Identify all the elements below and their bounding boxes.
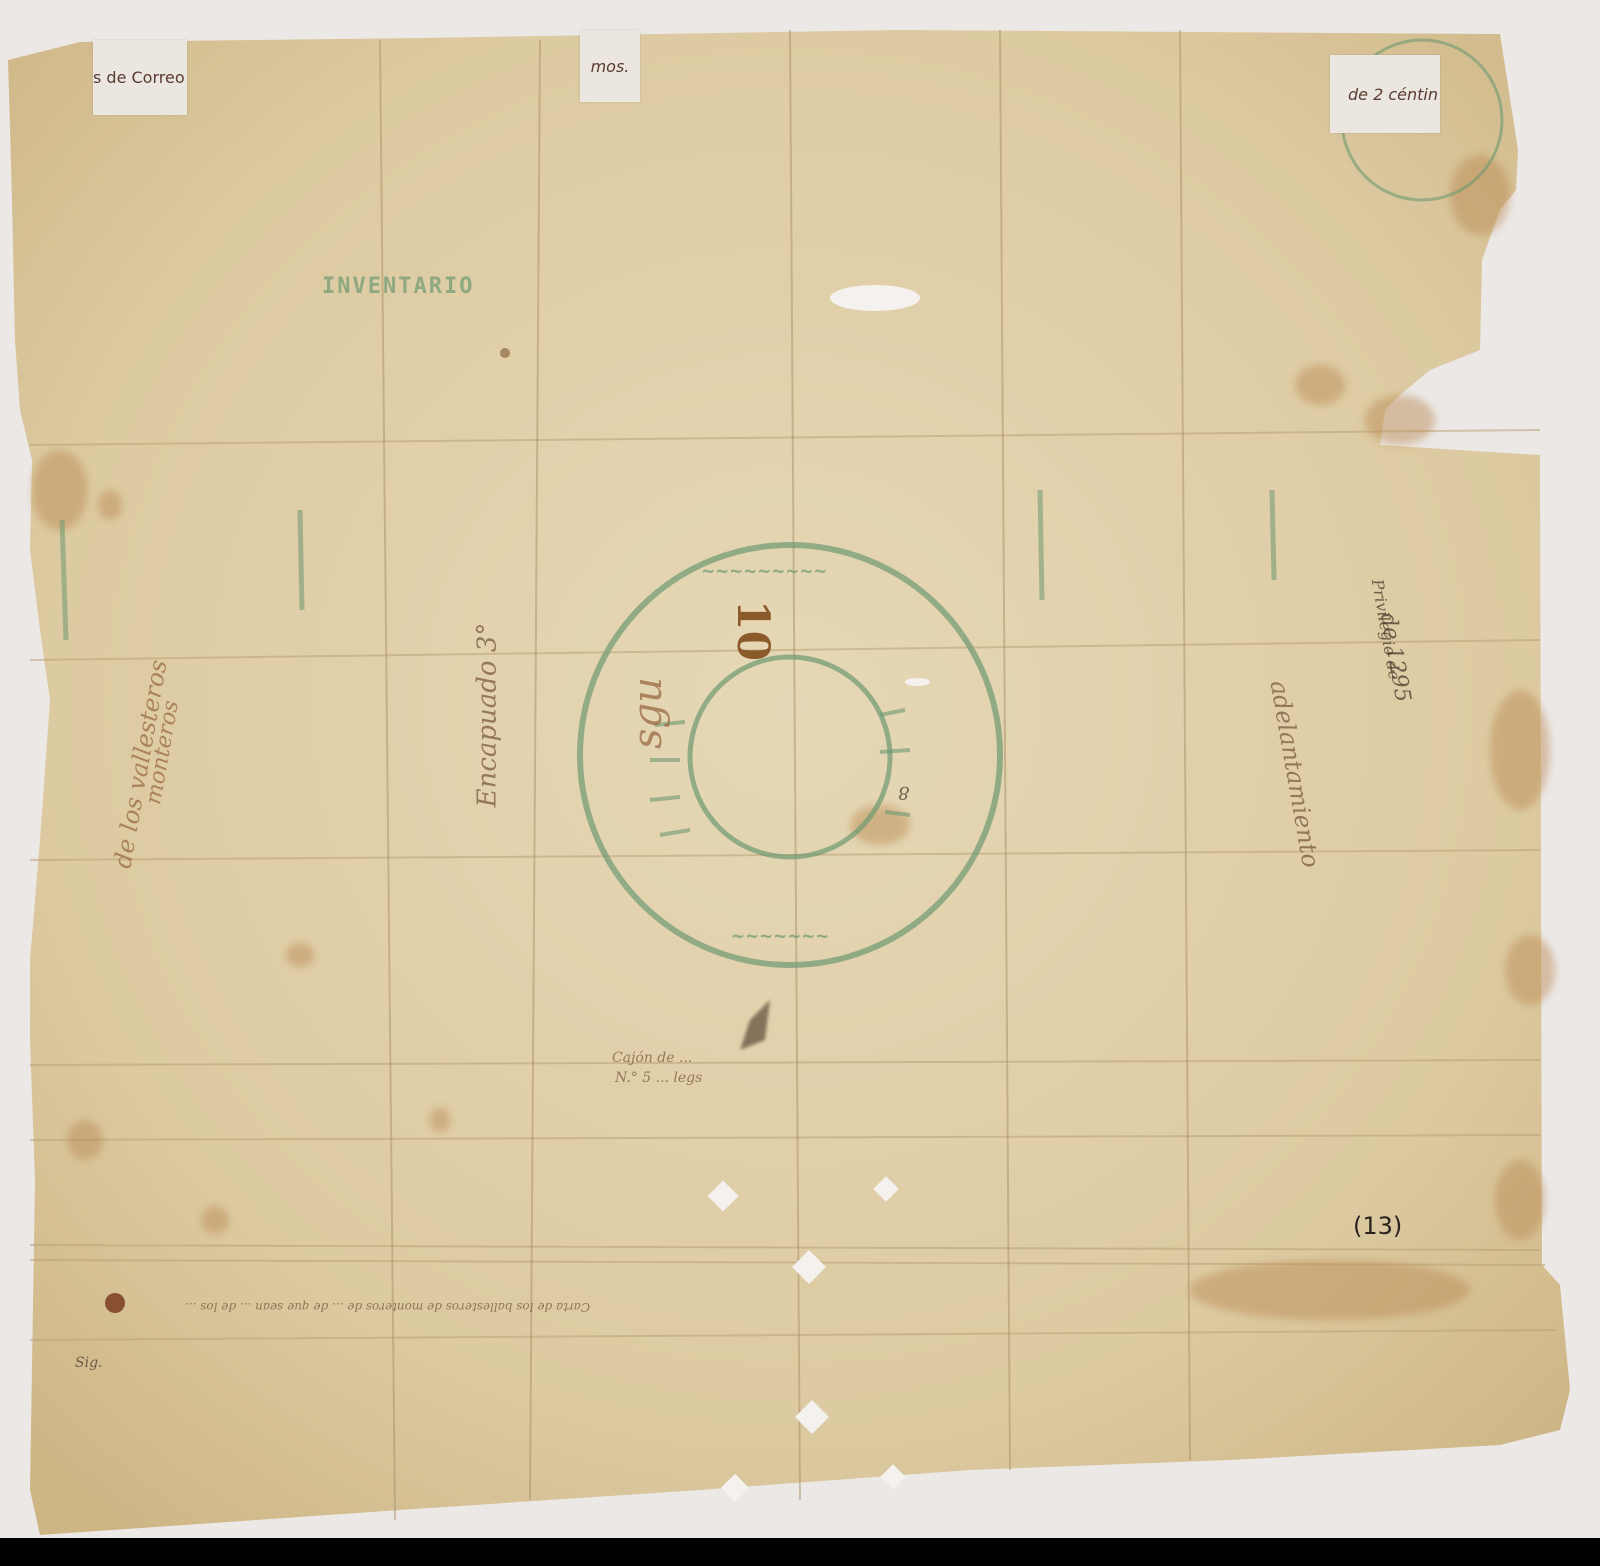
label-text: s de Correo <box>93 68 185 87</box>
small-signature-mark: Sig. <box>75 1355 102 1371</box>
label-text: de 2 céntin <box>1330 85 1438 104</box>
stamp-rim-text-top: ~~~~~~~~~ <box>700 560 826 584</box>
paper-label-correo: s de Correo <box>93 40 187 115</box>
stamp-center-handwriting: sgu <box>625 677 671 749</box>
paper-label-mos: mos. <box>580 30 640 102</box>
stamp-numeral: 10 <box>727 600 778 661</box>
lower-center-note-1: Cajón de ... <box>612 1050 692 1066</box>
encapuado-note: Encapuado 3° <box>472 623 502 808</box>
lower-center-note-2: N.° 5 ... legs <box>615 1070 702 1086</box>
parchment-hole <box>830 285 920 311</box>
archive-number: (13) <box>1353 1212 1402 1240</box>
inventario-stamp: INVENTARIO <box>322 274 474 299</box>
parchment-hole <box>905 678 930 686</box>
paper-label-centimos: de 2 céntin <box>1330 55 1440 133</box>
bottom-inverted-line: Carta de los ballesteros de monteros de … <box>185 1300 590 1314</box>
stamp-rim-text-bottom: ~~~~~~~ <box>730 925 828 949</box>
stamp-small-numeral: 8 <box>898 782 909 803</box>
label-text: mos. <box>591 57 630 76</box>
